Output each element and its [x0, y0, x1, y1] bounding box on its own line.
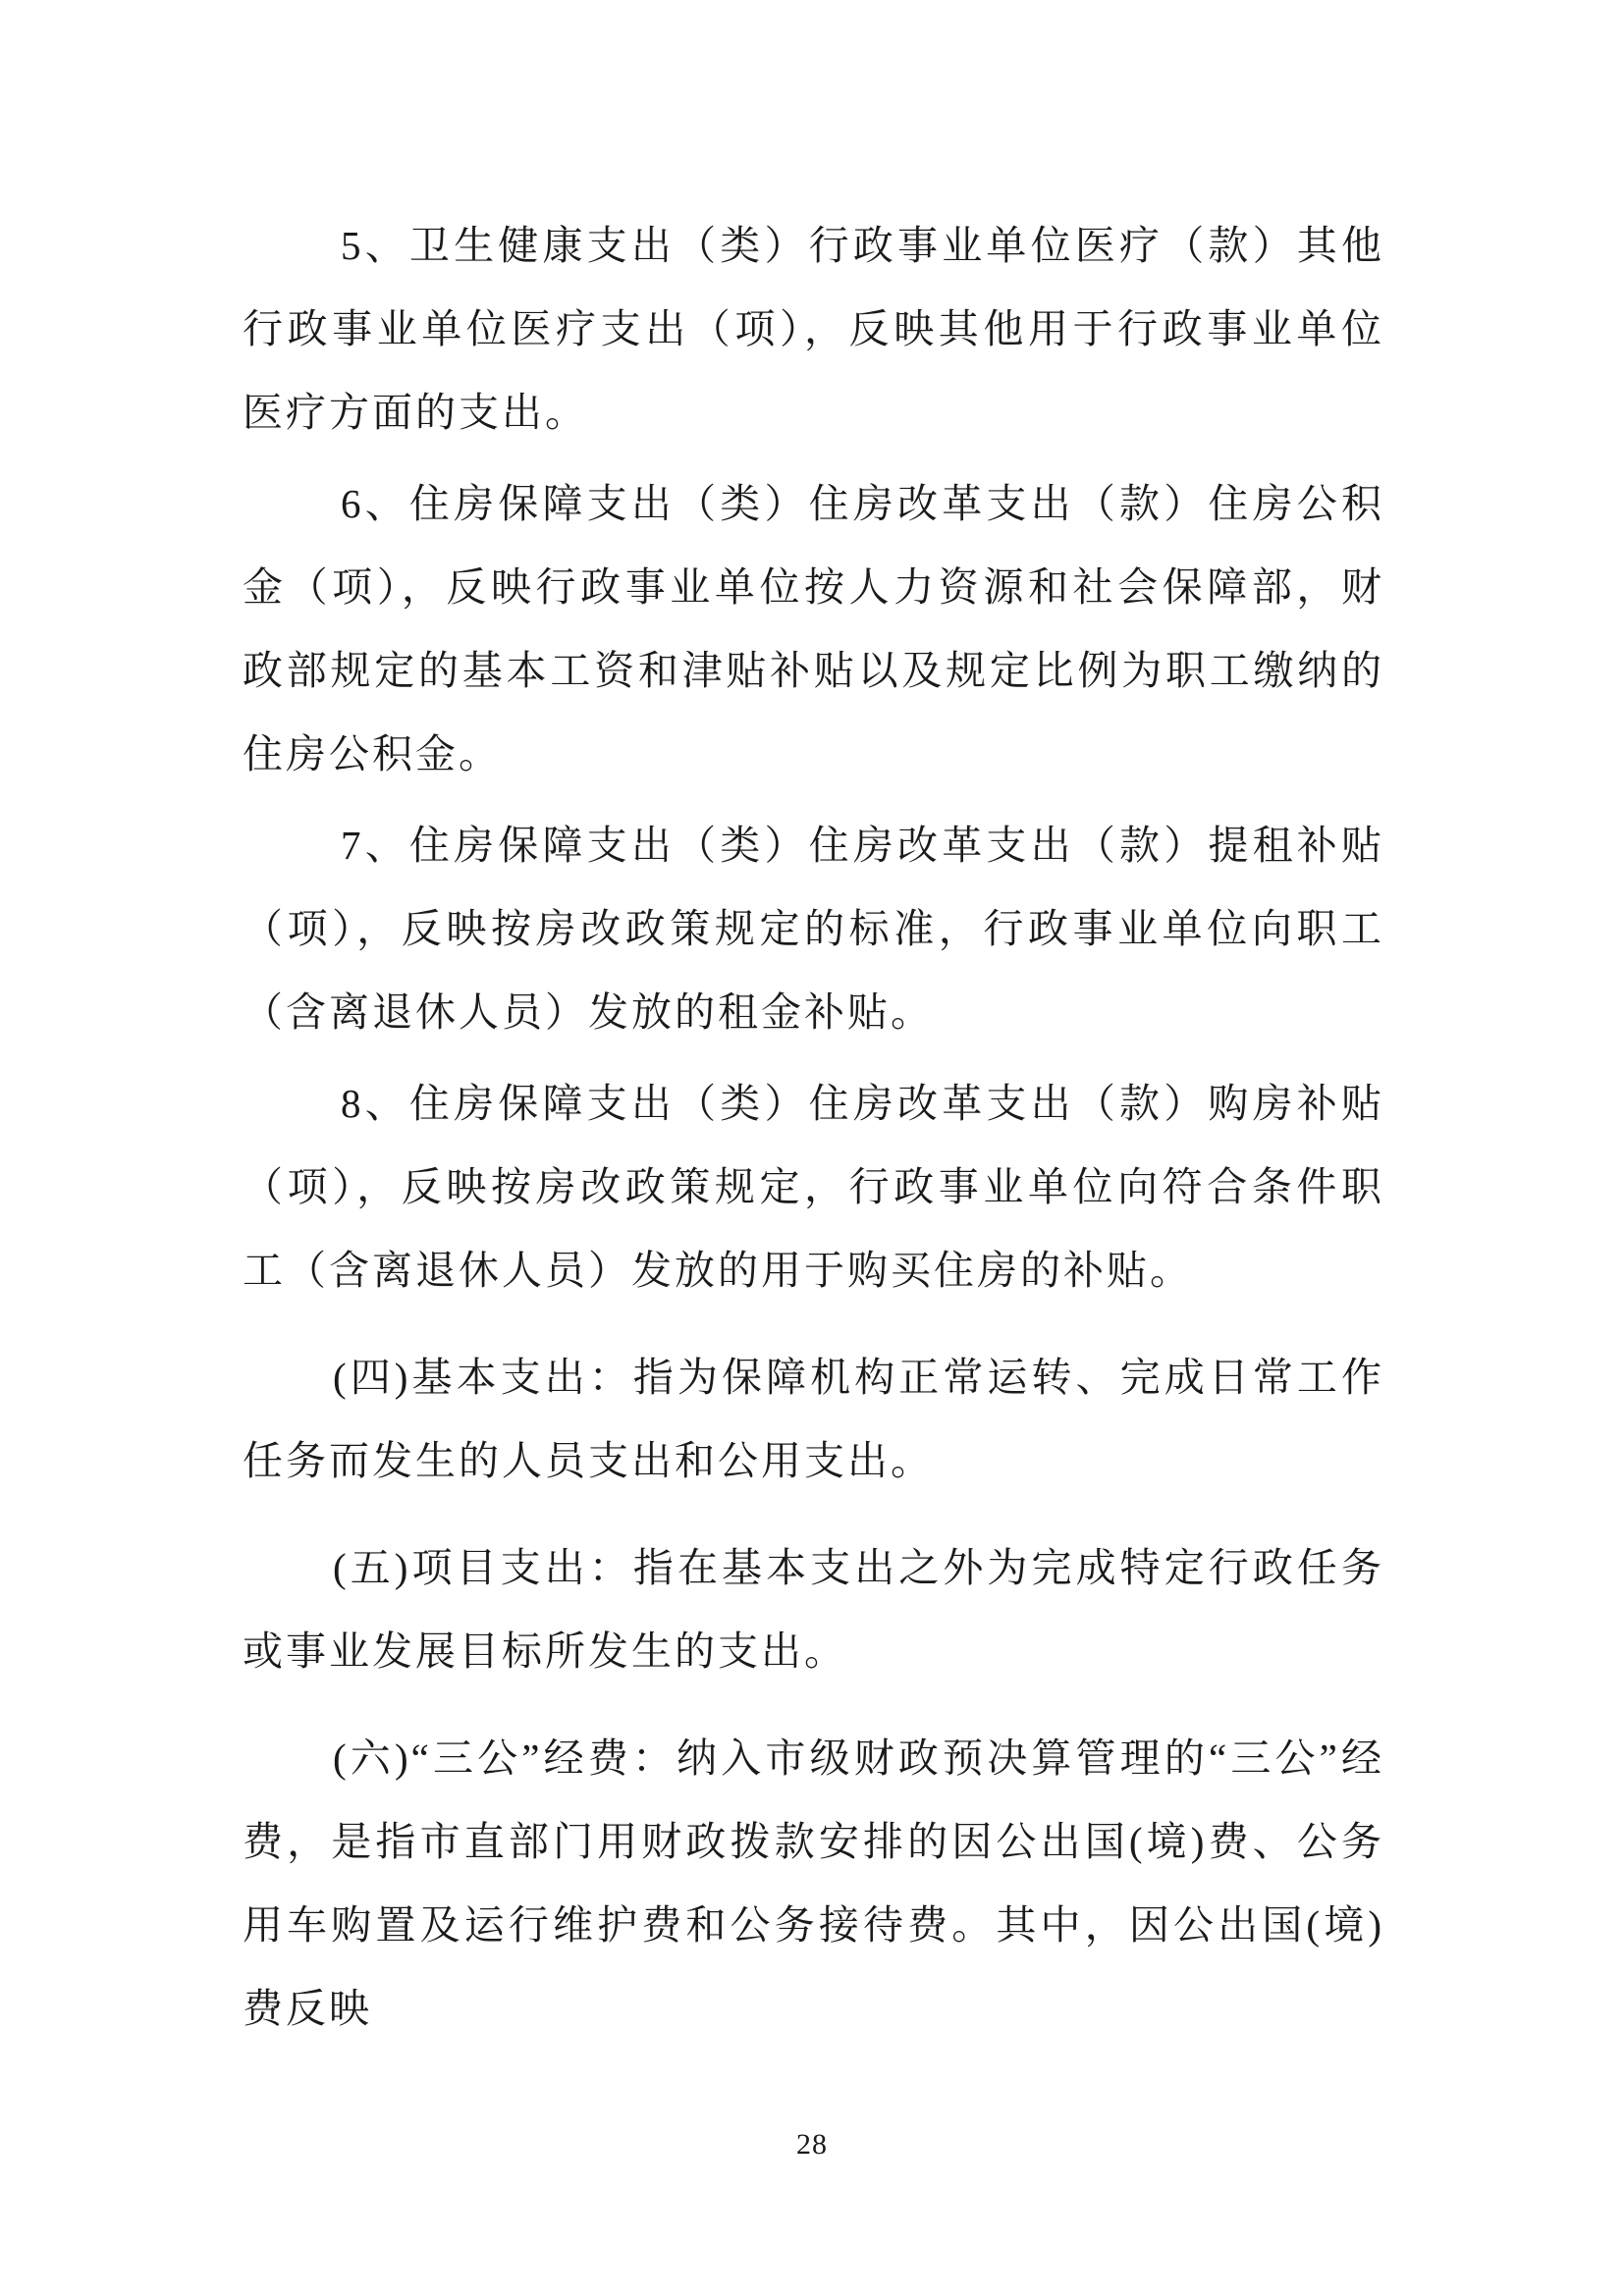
document-page: 5、卫生健康支出（类）行政事业单位医疗（款）其他行政事业单位医疗支出（项），反映… — [0, 0, 1624, 2296]
page-number: 28 — [0, 2128, 1624, 2162]
paragraph-item-7: 7、住房保障支出（类）住房改革支出（款）提租补贴（项），反映按房改政策规定的标准… — [243, 804, 1384, 1054]
paragraph-item-6: 6、住房保障支出（类）住房改革支出（款）住房公积金（项），反映行政事业单位按人力… — [243, 462, 1384, 796]
paragraph-section-three-public-funds: (六)“三公”经费：纳入市级财政预决算管理的“三公”经费，是指市直部门用财政拨款… — [243, 1717, 1384, 2051]
paragraph-section-basic-expenditure: (四)基本支出：指为保障机构正常运转、完成日常工作任务而发生的人员支出和公用支出… — [243, 1336, 1384, 1503]
paragraph-item-8: 8、住房保障支出（类）住房改革支出（款）购房补贴（项），反映按房改政策规定，行政… — [243, 1062, 1384, 1312]
document-body: 5、卫生健康支出（类）行政事业单位医疗（款）其他行政事业单位医疗支出（项），反映… — [243, 204, 1384, 2051]
paragraph-item-5: 5、卫生健康支出（类）行政事业单位医疗（款）其他行政事业单位医疗支出（项），反映… — [243, 204, 1384, 454]
paragraph-section-project-expenditure: (五)项目支出：指在基本支出之外为完成特定行政任务或事业发展目标所发生的支出。 — [243, 1526, 1384, 1693]
